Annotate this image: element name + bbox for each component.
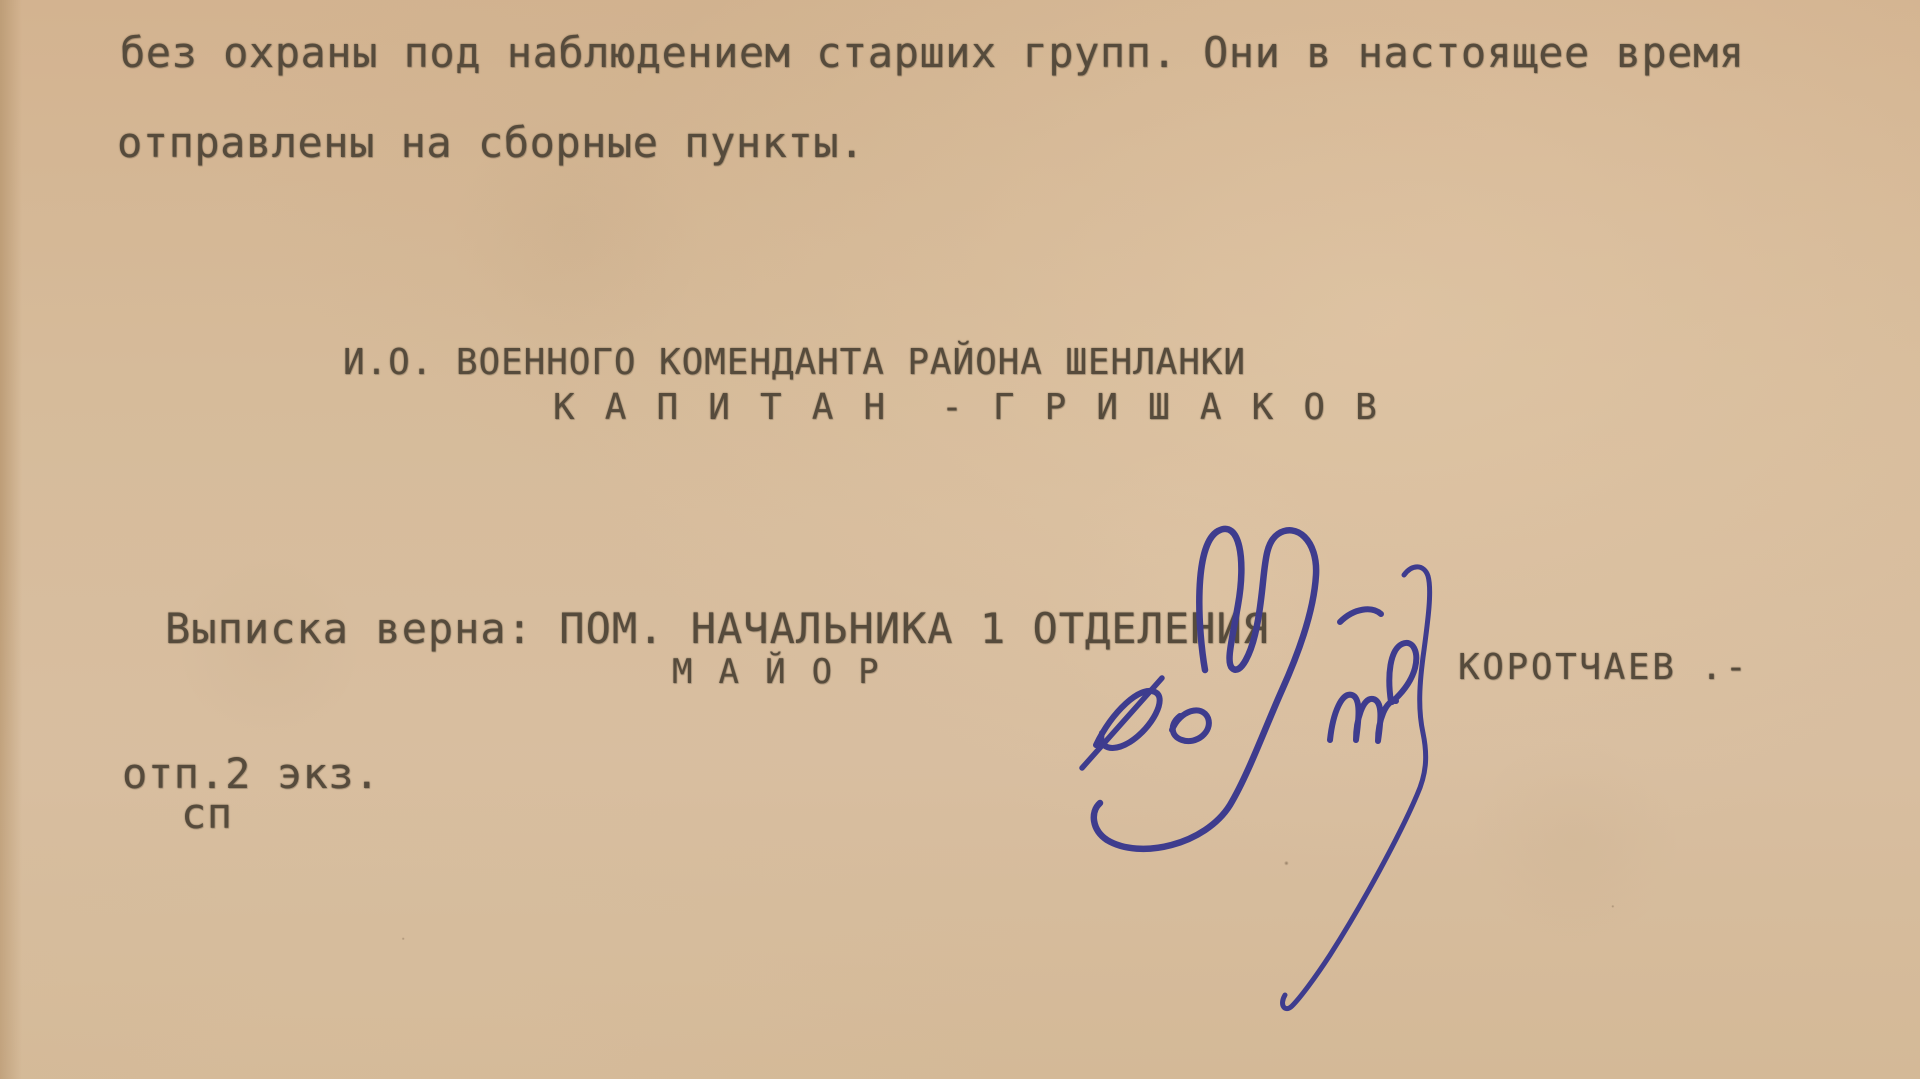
footer-typist-initials: сп [181,793,233,835]
signatory-title-line: И.О. ВОЕННОГО КОМЕНДАНТА РАЙОНА ШЕНЛАНКИ [343,345,1246,381]
footer-copies-note: отп.2 экз. [122,753,380,795]
attestation-certify-line: Выписка верна: ПОМ. НАЧАЛЬНИКА 1 ОТДЕЛЕН… [165,608,1269,650]
paragraph-line-1: без охраны под наблюдением старших групп… [120,32,1745,74]
signatory-rank-name-line: К А П И Т А Н - Г Р И Ш А К О В [553,390,1381,426]
attestation-rank: М А Й О Р [672,655,881,689]
paragraph-line-2: отправлены на сборные пункты. [117,122,865,164]
document-page: без охраны под наблюдением старших групп… [0,0,1920,1079]
attestation-surname: КОРОТЧАЕВ .- [1458,650,1749,686]
